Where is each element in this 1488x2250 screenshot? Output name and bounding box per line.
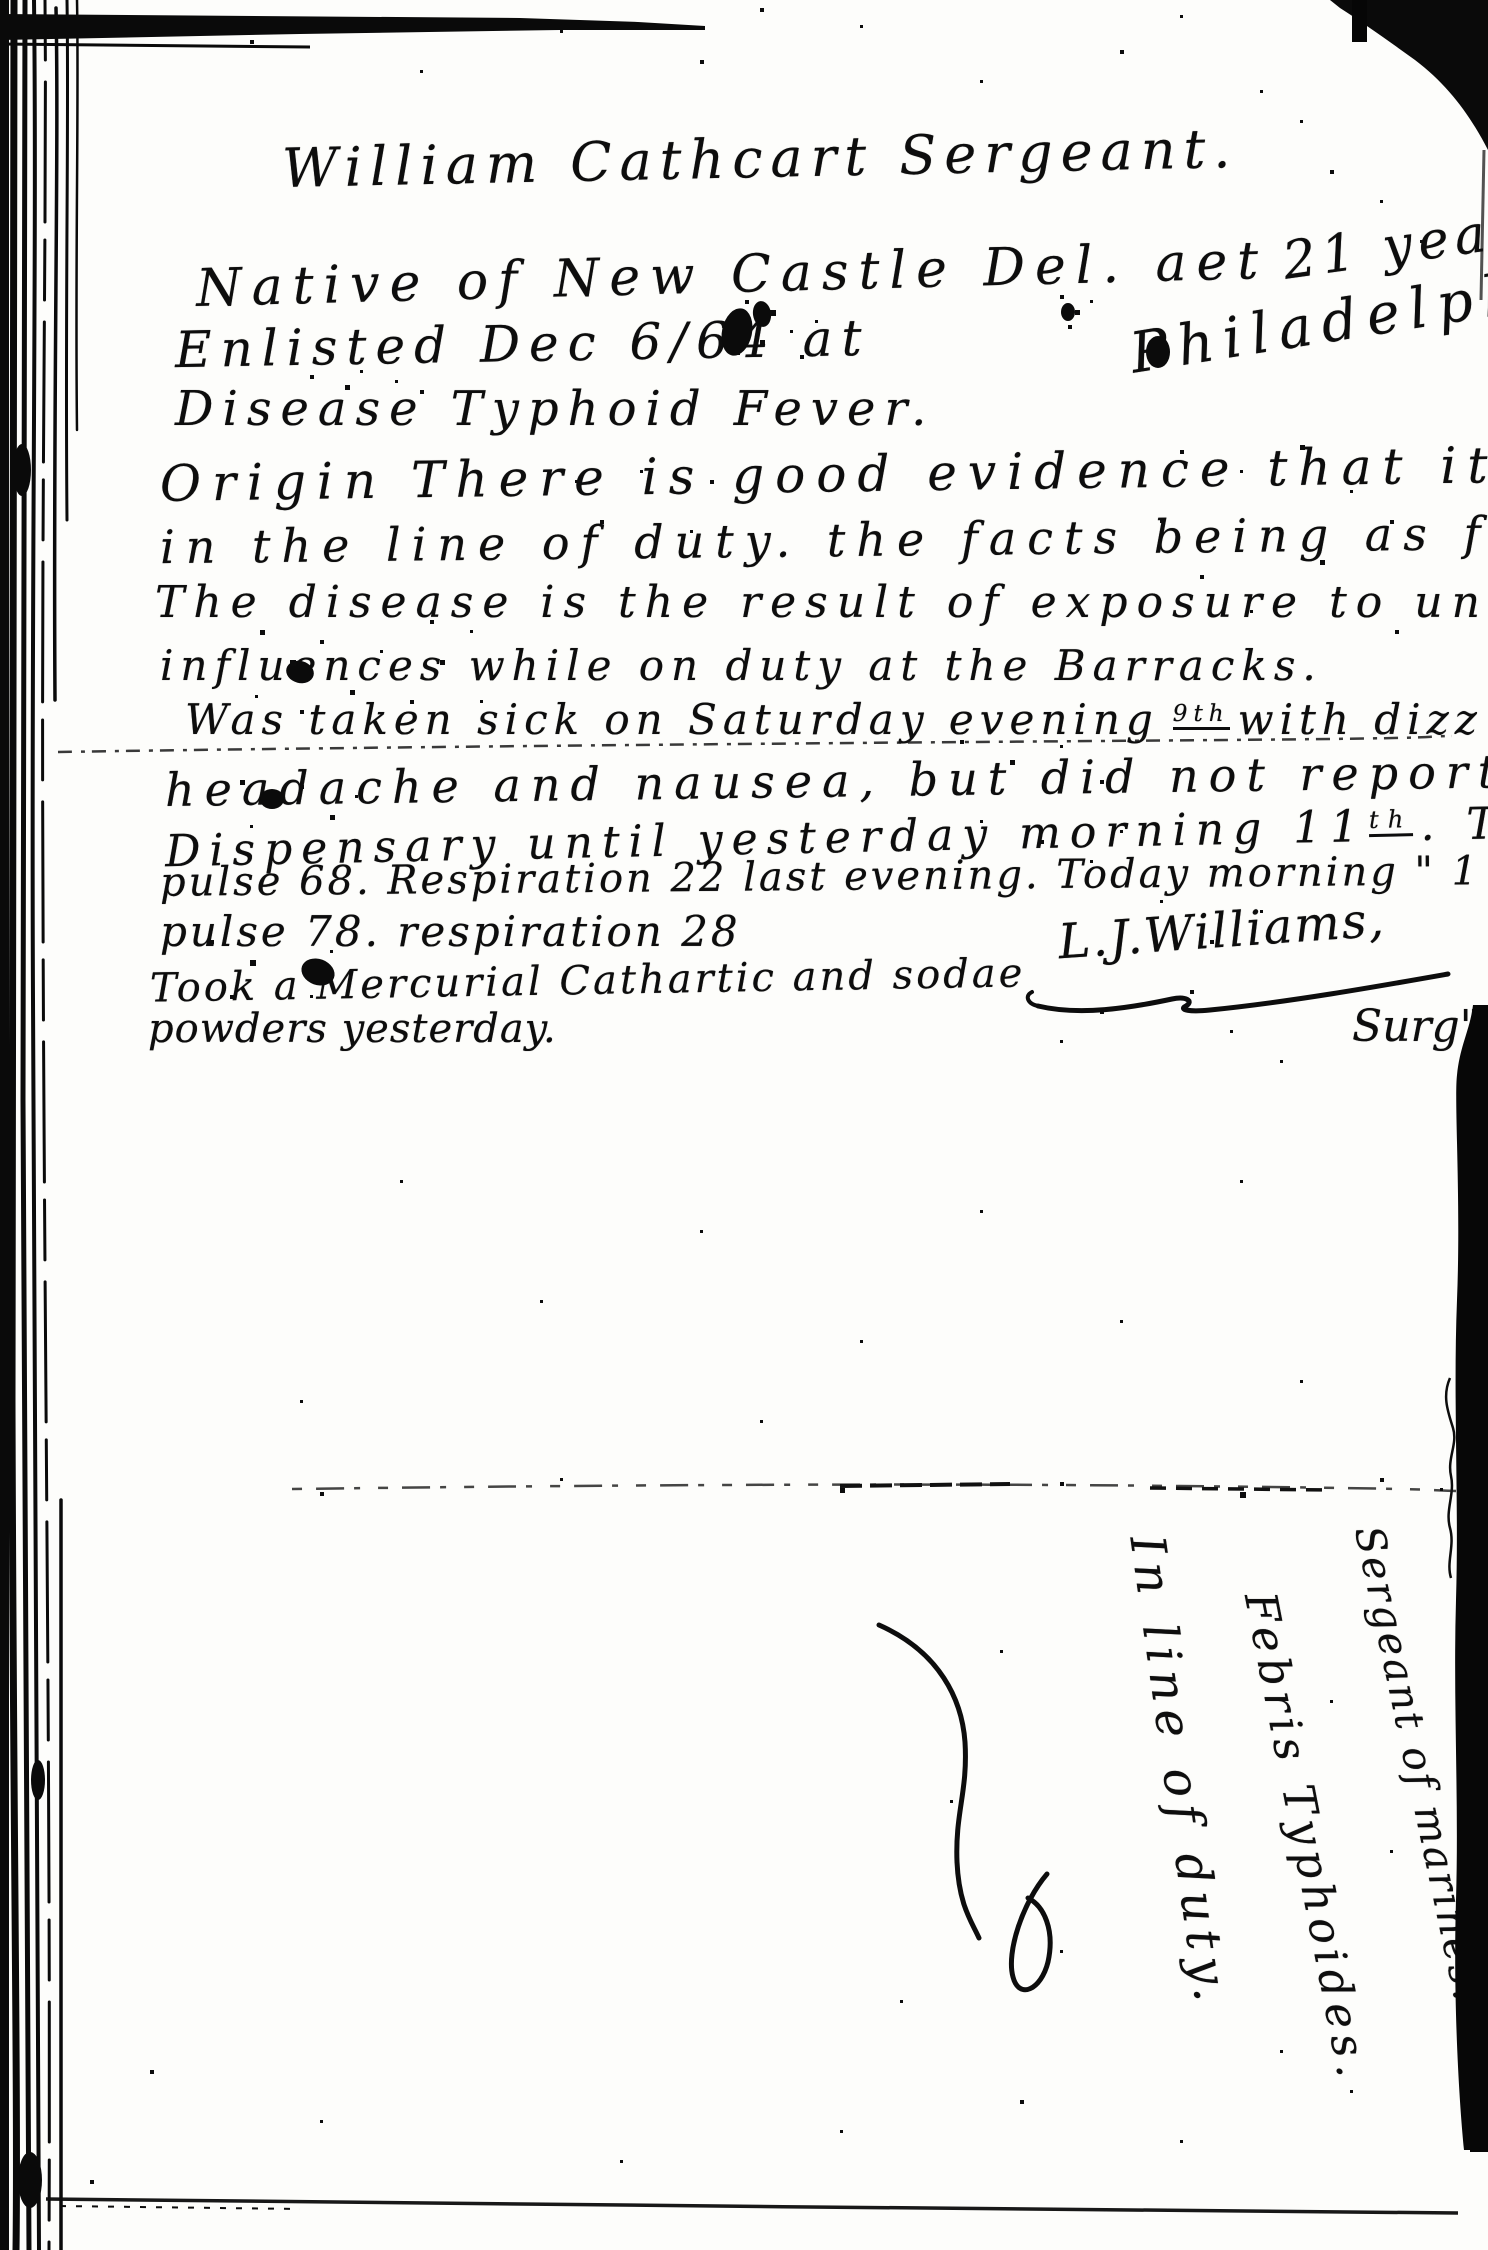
clipped-marginal-writing bbox=[1446, 1378, 1454, 1578]
surgeon-title: Surg" bbox=[1352, 1002, 1480, 1053]
docket-line-of-duty: In line of duty. bbox=[1119, 1532, 1241, 2012]
record-line-disease: Disease Typhoid Fever. bbox=[175, 382, 935, 437]
document-scan: William Cathcart Sergeant. Native of New… bbox=[0, 0, 1488, 2250]
origin-text: There is good evidence that it o bbox=[411, 435, 1488, 509]
binding-edge bbox=[0, 0, 78, 2250]
ordinal-superscript: th bbox=[1369, 805, 1413, 837]
docket-rank: Sergeant of marines. bbox=[1345, 1522, 1488, 2007]
record-line-exposure: The disease is the result of exposure to… bbox=[155, 578, 1488, 629]
docket-flourish bbox=[879, 1625, 1050, 1990]
record-line-powders: powders yesterday. bbox=[148, 1006, 557, 1052]
record-line-cathartic: Took a Mercurial Cathartic and sodae bbox=[150, 950, 1026, 1011]
record-heading: William Cathcart Sergeant. bbox=[281, 118, 1239, 200]
top-edge-smudge bbox=[0, 14, 705, 47]
record-line-duty: in the line of duty. the facts being as … bbox=[160, 507, 1488, 574]
record-line-influences: influences while on duty at the Barracks… bbox=[160, 642, 1323, 690]
docket-diagnosis: Febris Typhoides. bbox=[1234, 1588, 1379, 2087]
record-line-native: Native of New Castle Del. aet bbox=[195, 232, 1268, 320]
record-line-vitals-today: pulse 78. respiration 28 bbox=[160, 908, 741, 956]
dispensary-tail: . Temp bbox=[1420, 796, 1488, 851]
record-line-enlisted: Enlisted Dec 6/64 at bbox=[175, 310, 871, 380]
record-line-taken-sick: Was taken sick on Saturday evening9thwit… bbox=[185, 696, 1483, 744]
fold-line-middle bbox=[292, 1484, 1456, 1491]
taken-sick-tail: with dizz bbox=[1238, 695, 1483, 744]
surgeon-signature: L.J.Williams, bbox=[1056, 893, 1387, 971]
origin-label: Origin bbox=[160, 452, 388, 513]
taken-sick-text: Was taken sick on Saturday evening bbox=[185, 695, 1159, 744]
date-superscript: 9th bbox=[1173, 701, 1230, 730]
fold-line-bottom bbox=[46, 2199, 1458, 2213]
record-line-origin: OriginThere is good evidence that it o bbox=[160, 436, 1488, 513]
